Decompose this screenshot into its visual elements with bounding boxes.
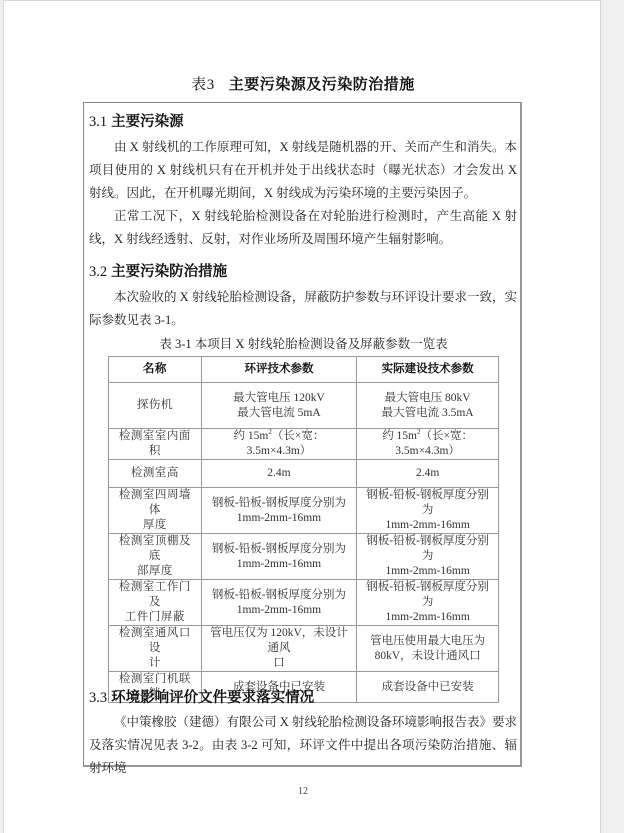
paragraph-3-2: 本次验收的 X 射线轮胎检测设备，屏蔽防护参数与环评设计要求一致，实际参数见表 … bbox=[89, 286, 517, 332]
table-row: 检测室通风口设计 管电压仅为 120kV，未设计通风口 管电压使用最大电压为80… bbox=[109, 626, 499, 672]
viewer-background bbox=[601, 0, 624, 833]
table-header-row: 名称 环评技术参数 实际建设技术参数 bbox=[109, 357, 499, 383]
table-row: 检测室四周墙体厚度 钢板-铅板-钢板厚度分别为1mm-2mm-16mm 钢板-铅… bbox=[109, 488, 499, 534]
content-frame: 3.1主要污染源 由 X 射线机的工作原理可知，X 射线是随机器的开、关而产生和… bbox=[83, 102, 522, 767]
section-heading-3-3: 3.3环境影响评价文件要求落实情况 bbox=[89, 686, 314, 707]
shielding-parameters-table: 名称 环评技术参数 实际建设技术参数 探伤机 最大管电压 120kV最大管电流 … bbox=[108, 356, 499, 703]
header-name: 名称 bbox=[109, 357, 202, 383]
section-heading-3-2: 3.2主要污染防治措施 bbox=[89, 260, 227, 281]
title-number: 表3 bbox=[191, 77, 215, 93]
document-page: 表3主要污染源及污染防治措施 3.1主要污染源 由 X 射线机的工作原理可知，X… bbox=[3, 0, 601, 833]
table-row: 检测室高 2.4m 2.4m bbox=[109, 460, 499, 488]
document-title: 表3主要污染源及污染防治措施 bbox=[4, 73, 602, 94]
page-number: 12 bbox=[4, 786, 602, 797]
table-row: 检测室顶棚及底部厚度 钢板-铅板-钢板厚度分别为1mm-2mm-16mm 钢板-… bbox=[109, 534, 499, 580]
paragraph-3-1-a: 由 X 射线机的工作原理可知，X 射线是随机器的开、关而产生和消失。本项目使用的… bbox=[89, 136, 517, 205]
table-row: 探伤机 最大管电压 120kV最大管电流 5mA 最大管电压 80kV最大管电流… bbox=[109, 383, 499, 429]
table-row: 检测室工作门及工件门屏蔽 钢板-铅板-钢板厚度分别为1mm-2mm-16mm 钢… bbox=[109, 580, 499, 626]
title-text: 主要污染源及污染防治措施 bbox=[229, 77, 415, 93]
header-eia: 环评技术参数 bbox=[201, 357, 357, 383]
paragraph-3-1-b: 正常工况下，X 射线轮胎检测设备在对轮胎进行检测时，产生高能 X 射线，X 射线… bbox=[89, 205, 517, 251]
table-caption: 表 3-1 本项目 X 射线轮胎检测设备及屏蔽参数一览表 bbox=[84, 334, 523, 352]
table-row: 检测室室内面积 约 15m2（长×宽：3.5m×4.3m） 约 15m2（长×宽… bbox=[109, 429, 499, 460]
header-actual: 实际建设技术参数 bbox=[357, 357, 499, 383]
paragraph-3-3: 《中策橡胶（建德）有限公司 X 射线轮胎检测设备环境影响报告表》要求及落实情况见… bbox=[89, 711, 517, 780]
section-heading-3-1: 3.1主要污染源 bbox=[89, 110, 184, 131]
